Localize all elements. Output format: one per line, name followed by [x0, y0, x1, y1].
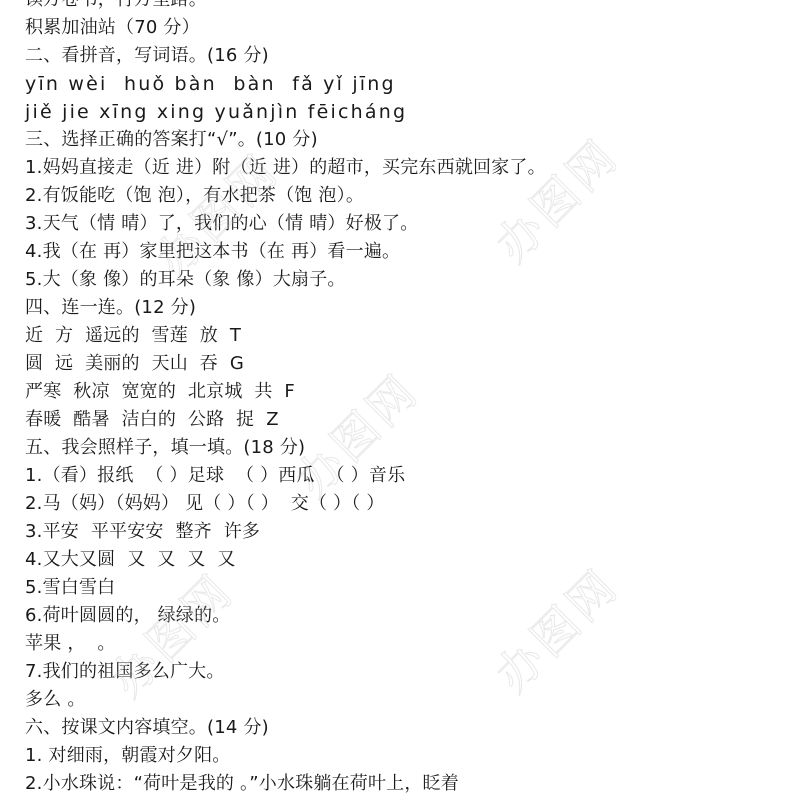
question-item: 4.我（在 再）家里把这本书（在 再）看一遍。: [25, 238, 785, 266]
quote-line: 读万卷书，行万里路。: [25, 0, 785, 14]
question-item: 5.雪白雪白: [25, 574, 785, 602]
section-heading-5: 五、我会照样子，填一填。(18 分): [25, 434, 785, 462]
question-item: 3.平安 平平安安 整齐 许多: [25, 518, 785, 546]
matching-row: 春暖 酷暑 洁白的 公路 捉 Z: [25, 406, 785, 434]
question-item: 2.小水珠说：“荷叶是我的 。”小水珠躺在荷叶上，眨着: [25, 770, 785, 798]
question-item: 4.又大又圆 又 又 又 又: [25, 546, 785, 574]
section-heading-3: 三、选择正确的答案打“√”。(10 分): [25, 126, 785, 154]
section-heading-6: 六、按课文内容填空。(14 分): [25, 714, 785, 742]
matching-row: 圆 远 美丽的 天山 吞 G: [25, 350, 785, 378]
question-item: 3.天气（情 晴）了，我们的心（情 晴）好极了。: [25, 210, 785, 238]
answer-line: 多么 。: [25, 686, 785, 714]
question-item: 1.（看）报纸 （ ）足球 （ ）西瓜 （ ）音乐: [25, 462, 785, 490]
question-item: 2.马（妈）（妈妈） 见（ ）（ ） 交（ ）（ ）: [25, 490, 785, 518]
pinyin-line-1: yīn wèi huǒ bàn bàn fǎ yǐ jīng: [25, 70, 785, 98]
question-item: 6.荷叶圆圆的， 绿绿的。: [25, 602, 785, 630]
question-item: 7.我们的祖国多么广大。: [25, 658, 785, 686]
section-heading-4: 四、连一连。(12 分): [25, 294, 785, 322]
question-item: 1.妈妈直接走（近 进）附（近 进）的超市，买完东西就回家了。: [25, 154, 785, 182]
matching-row: 严寒 秋凉 宽宽的 北京城 共 F: [25, 378, 785, 406]
matching-row: 近 方 遥远的 雪莲 放 T: [25, 322, 785, 350]
section-heading-2: 二、看拼音，写词语。(16 分): [25, 42, 785, 70]
worksheet-page: 读万卷书，行万里路。 积累加油站（70 分） 二、看拼音，写词语。(16 分) …: [25, 0, 785, 798]
section-heading-accumulation: 积累加油站（70 分）: [25, 14, 785, 42]
question-item: 5.大（象 像）的耳朵（象 像）大扇子。: [25, 266, 785, 294]
question-item: 2.有饭能吃（饱 泡），有水把茶（饱 泡）。: [25, 182, 785, 210]
answer-line: 苹果 ， 。: [25, 630, 785, 658]
pinyin-line-2: jiě jie xīng xing yuǎnjìn fēicháng: [25, 98, 785, 126]
question-item: 1. 对细雨，朝霞对夕阳。: [25, 742, 785, 770]
